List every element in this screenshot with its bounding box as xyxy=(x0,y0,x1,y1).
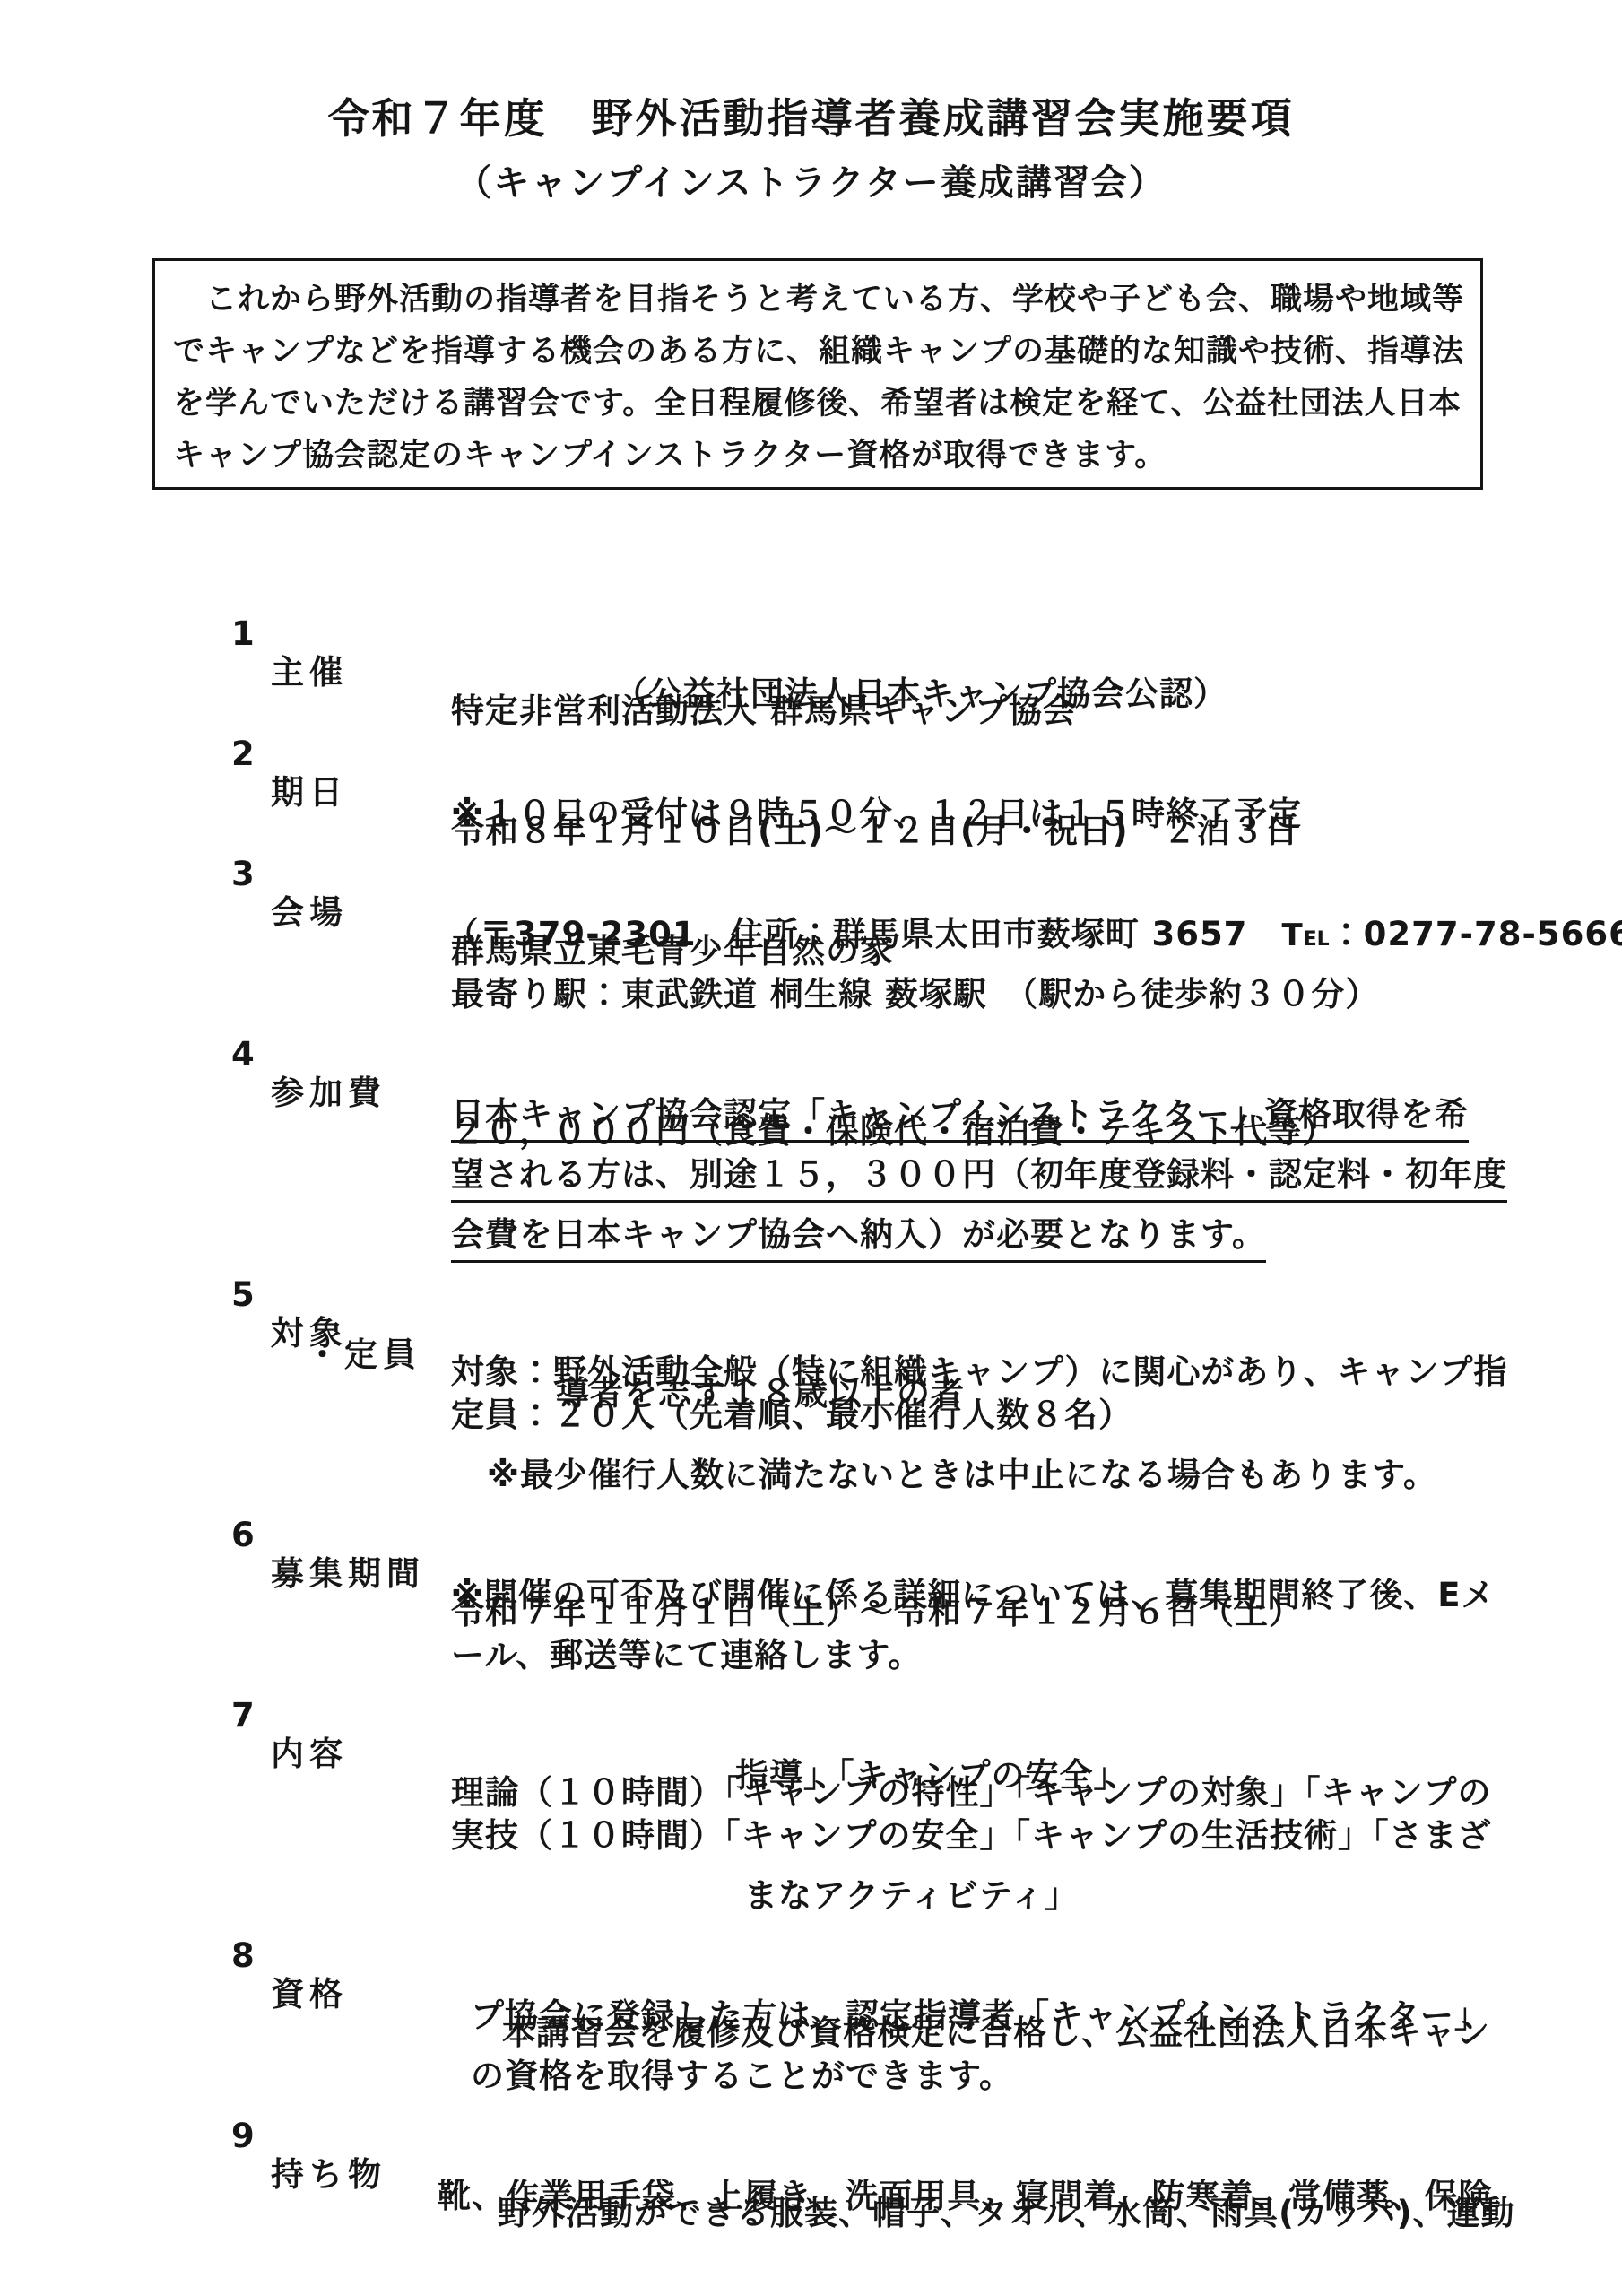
section-5-line: 定員：２０人（先着順、最小催行人数８名） xyxy=(0,1346,1622,1406)
doc-subtitle: （キャンプインストラクター養成講習会） xyxy=(0,154,1622,205)
section-3-address-line: （〒379-2301 住所：群馬県太田市薮塚町 3657 TEL：0277-78… xyxy=(0,865,1622,926)
section-1-line: 1 主催 特定非営利活動法人 群馬県キャンプ協会 xyxy=(0,565,1622,625)
document-page: 令和７年度 野外活動指導者養成講習会実施要項 （キャンプインストラクター養成講習… xyxy=(0,0,1622,2296)
intro-line: これから野外活動の指導者を目指そうと考えている方、学校や子ども会、職場や地域等 xyxy=(173,274,1466,326)
section-8-line: プ協会に登録した方は、認定指導者「キャンプインストラクター」 xyxy=(0,1947,1622,2007)
section-7-line: 指導」「キャンプの安全」 xyxy=(0,1707,1622,1767)
section-4-line: 会費を日本キャンプ協会へ納入）が必要となります。 xyxy=(0,1166,1622,1226)
section-3-line: 最寄り駅：東武鉄道 桐生線 薮塚駅 （駅から徒歩約３０分） xyxy=(0,926,1622,986)
section-7-line: 7 内容 理論（１０時間）「キャンプの特性」「キャンプの対象」「キャンプの xyxy=(0,1647,1622,1707)
section-6-line: 6 募集期間 令和７年１１月１日（土）～令和７年１２月６日（土） xyxy=(0,1466,1622,1526)
section-7-line: まなアクティビティ」 xyxy=(0,1827,1622,1887)
doc-title: 令和７年度 野外活動指導者養成講習会実施要項 xyxy=(0,86,1622,145)
section-4-line: 日本キャンプ協会認定「キャンプインストラクター」資格取得を希 xyxy=(0,1046,1622,1106)
section-1-line: （公益社団法人日本キャンプ協会公認） xyxy=(0,625,1622,685)
section-4-line: 望される方は、別途１５，３００円（初年度登録料・認定料・初年度 xyxy=(0,1106,1622,1166)
section-6-line: ール、郵送等にて連絡します。 xyxy=(0,1587,1622,1647)
section-6-line: ※開催の可否及び開催に係る詳細については、募集期間終了後、Eメ xyxy=(0,1526,1622,1587)
section-2-line: 2 期日 令和８年１月１０日(土)～１２日(月・祝日) ２泊３日 xyxy=(0,685,1622,745)
section-3-line: 3 会場 群馬県立東毛青少年自然の家 xyxy=(0,805,1622,865)
section-2-line: ※１０日の受付は９時５０分、１２日は１５時終了予定 xyxy=(0,745,1622,805)
body-lines: 1 主催 特定非営利活動法人 群馬県キャンプ協会 （公益社団法人日本キャンプ協会… xyxy=(0,565,1622,2187)
section-5-line: ※最少催行人数に満たないときは中止になる場合もあります。 xyxy=(0,1406,1622,1466)
intro-box: これから野外活動の指導者を目指そうと考えている方、学校や子ども会、職場や地域等 … xyxy=(152,258,1483,490)
intro-line: を学んでいただける講習会です。全日程履修後、希望者は検定を経て、公益社団法人日本 xyxy=(173,378,1466,430)
intro-line: でキャンプなどを指導する機会のある方に、組織キャンプの基礎的な知識や技術、指導法 xyxy=(173,326,1466,378)
section-9-line: 9 持ち物 野外活動ができる服装、帽子、タオル、水筒、雨具(カッパ)、運動 xyxy=(0,2067,1622,2127)
section-9-line: 靴、作業用手袋、上履き、洗面用具、寝間着、防寒着、常備薬、保険 xyxy=(0,2127,1622,2187)
intro-line: キャンプ協会認定のキャンプインストラクター資格が取得できます。 xyxy=(173,430,1466,482)
section-5-line: 5 対象 対象：野外活動全般（特に組織キャンプ）に関心があり、キャンプ指 xyxy=(0,1226,1622,1286)
section-4-line: 4 参加費 ２０，０００円（食費・保険代・宿泊費・テキスト代等） xyxy=(0,986,1622,1046)
line-text: 靴、作業用手袋、上履き、洗面用具、寝間着、防寒着、常備薬、保険 xyxy=(438,2166,1493,2226)
section-8-line: の資格を取得することができます。 xyxy=(0,2007,1622,2067)
section-7-line: 実技（１０時間）「キャンプの安全」「キャンプの生活技術」「さまざ xyxy=(0,1767,1622,1827)
section-8-line: 8 資格 本講習会を履修及び資格検定に合格し、公益社団法人日本キャン xyxy=(0,1887,1622,1947)
section-5-line: ・定員 導者を志す１８歳以上の者 xyxy=(0,1286,1622,1346)
